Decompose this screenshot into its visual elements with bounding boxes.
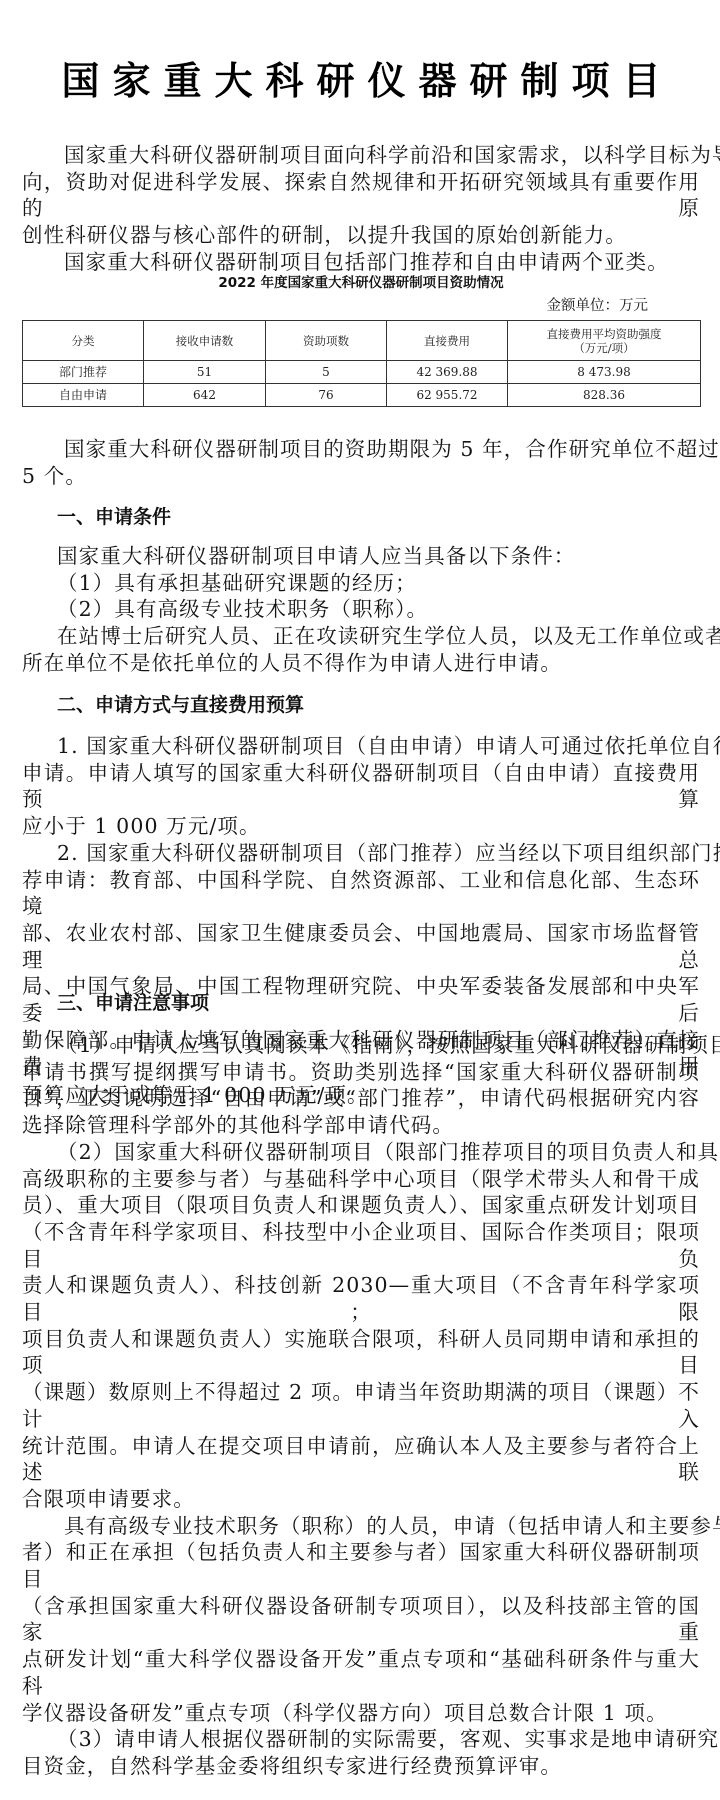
header-funded: 资助项数 [266,321,387,361]
intro-section: 国家重大科研仪器研制项目面向科学前沿和国家需求，以科学目标为导 向，资助对促进科… [22,142,700,276]
notes-paragraph-1: （1）申请人应当认真阅读本《指南》，按照国家重大科研仪器研制项目 申请书撰写提纲… [22,1032,700,1139]
notes-paragraph-2: （2）国家重大科研仪器研制项目（限部门推荐项目的项目负责人和具有 高级职称的主要… [22,1139,700,1513]
header-avg-intensity: 直接费用平均资助强度 （万元/项） [508,321,701,361]
section-heading-2: 二、申请方式与直接费用预算 [22,692,700,718]
free-application-paragraph: 1. 国家重大科研仪器研制项目（自由申请）申请人可通过依托单位自行 申请。申请人… [22,733,700,840]
funding-table: 分类 接收申请数 资助项数 直接费用 直接费用平均资助强度 （万元/项） 部门推… [22,320,701,407]
table-unit-label: 金额单位：万元 [22,297,700,315]
funding-period-paragraph: 国家重大科研仪器研制项目的资助期限为 5 年，合作研究单位不超过 5 个。 [22,436,700,489]
table-row: 自由申请 642 76 62 955.72 828.36 [23,384,701,407]
table-caption: 2022 年度国家重大科研仪器研制项目资助情况 [22,274,700,292]
notes-paragraph-3: 具有高级专业技术职务（职称）的人员，申请（包括申请人和主要参与 者）和正在承担（… [22,1513,700,1727]
section-eligibility: 一、申请条件 国家重大科研仪器研制项目申请人应当具备以下条件： （1）具有承担基… [22,504,700,677]
section-notes: 三、申请注意事项 （1）申请人应当认真阅读本《指南》，按照国家重大科研仪器研制项… [22,990,700,1780]
intro-paragraph-2: 国家重大科研仪器研制项目包括部门推荐和自由申请两个亚类。 [22,249,700,276]
intro-paragraph-1: 国家重大科研仪器研制项目面向科学前沿和国家需求，以科学目标为导 向，资助对促进科… [22,142,700,249]
document-title: 国家重大科研仪器研制项目 [22,58,700,104]
header-category: 分类 [23,321,144,361]
notes-paragraph-4: （3）请申请人根据仪器研制的实际需要，客观、实事求是地申请研究项 目资金，自然科… [22,1726,700,1779]
table-header-row: 分类 接收申请数 资助项数 直接费用 直接费用平均资助强度 （万元/项） [23,321,701,361]
section-heading-1: 一、申请条件 [22,504,700,530]
funding-table-block: 2022 年度国家重大科研仪器研制项目资助情况 金额单位：万元 分类 接收申请数… [22,274,700,407]
header-direct-cost: 直接费用 [387,321,508,361]
section-heading-3: 三、申请注意事项 [22,990,700,1016]
header-applications: 接收申请数 [144,321,266,361]
eligibility-paragraph: 国家重大科研仪器研制项目申请人应当具备以下条件： （1）具有承担基础研究课题的经… [22,543,700,677]
table-row: 部门推荐 51 5 42 369.88 8 473.98 [23,361,701,384]
funding-period-section: 国家重大科研仪器研制项目的资助期限为 5 年，合作研究单位不超过 5 个。 [22,436,700,489]
